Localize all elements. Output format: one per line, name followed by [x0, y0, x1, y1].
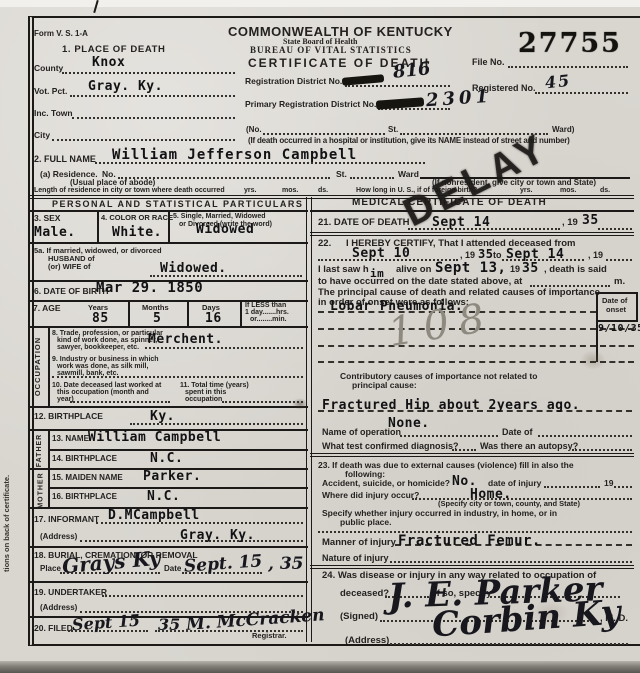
rule	[28, 581, 308, 583]
from-year-value: 35	[478, 248, 493, 260]
column-divider	[306, 197, 312, 642]
county-value: Knox	[92, 56, 125, 69]
section-divider-rule	[28, 195, 634, 199]
paper-stain	[580, 350, 606, 370]
cell-divider	[240, 300, 242, 326]
line	[400, 435, 498, 437]
cell-divider	[168, 210, 170, 242]
attended-to-value: Sept 14	[506, 248, 564, 261]
registration-district-line	[345, 85, 450, 87]
onset-label-box	[596, 292, 638, 322]
line	[600, 361, 634, 363]
father-birthplace-value: N.C.	[150, 452, 183, 465]
cell-divider	[187, 300, 189, 326]
margin-instructions-note: tions on back of certificate.	[2, 475, 11, 572]
mother-birthplace-value: N.C.	[147, 490, 180, 503]
line	[600, 345, 634, 347]
line	[145, 347, 303, 349]
last-saw-year: 35	[522, 262, 539, 275]
age-days-value: 16	[205, 312, 222, 325]
filed-date-value: Sept 15	[72, 613, 141, 634]
rule	[28, 326, 308, 328]
marital-value: Widowed	[196, 223, 254, 236]
registration-district-value: 816	[392, 60, 431, 82]
dod-year-value: 35	[582, 214, 599, 227]
line	[102, 595, 303, 597]
registered-no-value: 45	[544, 73, 572, 92]
onset-value: 9/10/35	[598, 324, 640, 334]
cell-divider	[97, 210, 99, 242]
line	[52, 376, 303, 378]
rule	[28, 300, 308, 302]
age-months-value: 5	[153, 312, 161, 325]
rule	[310, 565, 634, 569]
county-line	[62, 72, 235, 74]
attended-from-value: Sept 10	[352, 247, 410, 260]
file-no-line	[508, 66, 628, 68]
residence-no-line	[118, 177, 330, 179]
line	[222, 401, 303, 403]
line	[614, 486, 632, 488]
husband-value: Widowed.	[160, 262, 227, 275]
cell-divider	[48, 326, 50, 406]
line	[538, 435, 632, 437]
informant-address-value: Gray. Ky.	[180, 529, 255, 542]
city-line	[52, 139, 235, 141]
informant-value: D.MCampbell	[108, 509, 200, 522]
line	[598, 228, 632, 230]
where-injury-value: Home.	[470, 488, 512, 501]
line	[70, 401, 170, 403]
line	[318, 361, 596, 363]
precinct-value: Gray. Ky.	[88, 80, 163, 93]
ink-smudge	[292, 398, 308, 410]
no-line	[263, 133, 385, 135]
line	[572, 449, 632, 451]
operation-value: None.	[388, 417, 430, 430]
line	[544, 486, 600, 488]
manner-value: Fractured Femur.	[398, 534, 541, 548]
age-years-value: 85	[92, 312, 109, 325]
rule	[28, 242, 308, 244]
last-saw-date: Sept 13,	[435, 261, 506, 275]
birthplace-value: Ky.	[150, 410, 175, 423]
precinct-line	[70, 95, 235, 97]
cell-divider	[128, 300, 130, 326]
full-name-value: William Jefferson Campbell	[112, 148, 357, 162]
line	[412, 498, 632, 500]
rule	[28, 546, 308, 548]
rule	[28, 406, 308, 408]
line	[606, 259, 632, 261]
race-value: White.	[112, 226, 162, 239]
rule	[310, 232, 634, 236]
sex-value: Male.	[34, 226, 76, 239]
line	[390, 643, 628, 645]
contributory-value: Fractured Hip about 2years ago.	[322, 399, 580, 412]
file-number-stamp: 27755	[518, 28, 622, 59]
mother-name-value: Parker.	[143, 470, 201, 483]
last-saw-him: im	[370, 268, 384, 279]
rule	[310, 210, 634, 212]
line	[452, 449, 476, 451]
dob-value: Mar 29. 1850	[96, 281, 203, 295]
line	[530, 285, 610, 287]
scanned-death-certificate: { "page": { "stamp_number": "27755", "de…	[0, 0, 640, 673]
registered-no-line	[535, 92, 628, 94]
trade-value: Merchent.	[148, 333, 223, 346]
father-name-value: William Campbell	[88, 431, 221, 444]
inc-town-line	[72, 117, 235, 119]
residence-st-line	[350, 177, 394, 179]
scan-edge-shadow	[0, 661, 640, 673]
filed-year-value: 35	[158, 617, 180, 633]
line	[390, 561, 632, 563]
rule	[310, 453, 634, 457]
primary-district-value: 2301	[425, 88, 492, 111]
burial-year-value: , 35	[268, 556, 304, 573]
